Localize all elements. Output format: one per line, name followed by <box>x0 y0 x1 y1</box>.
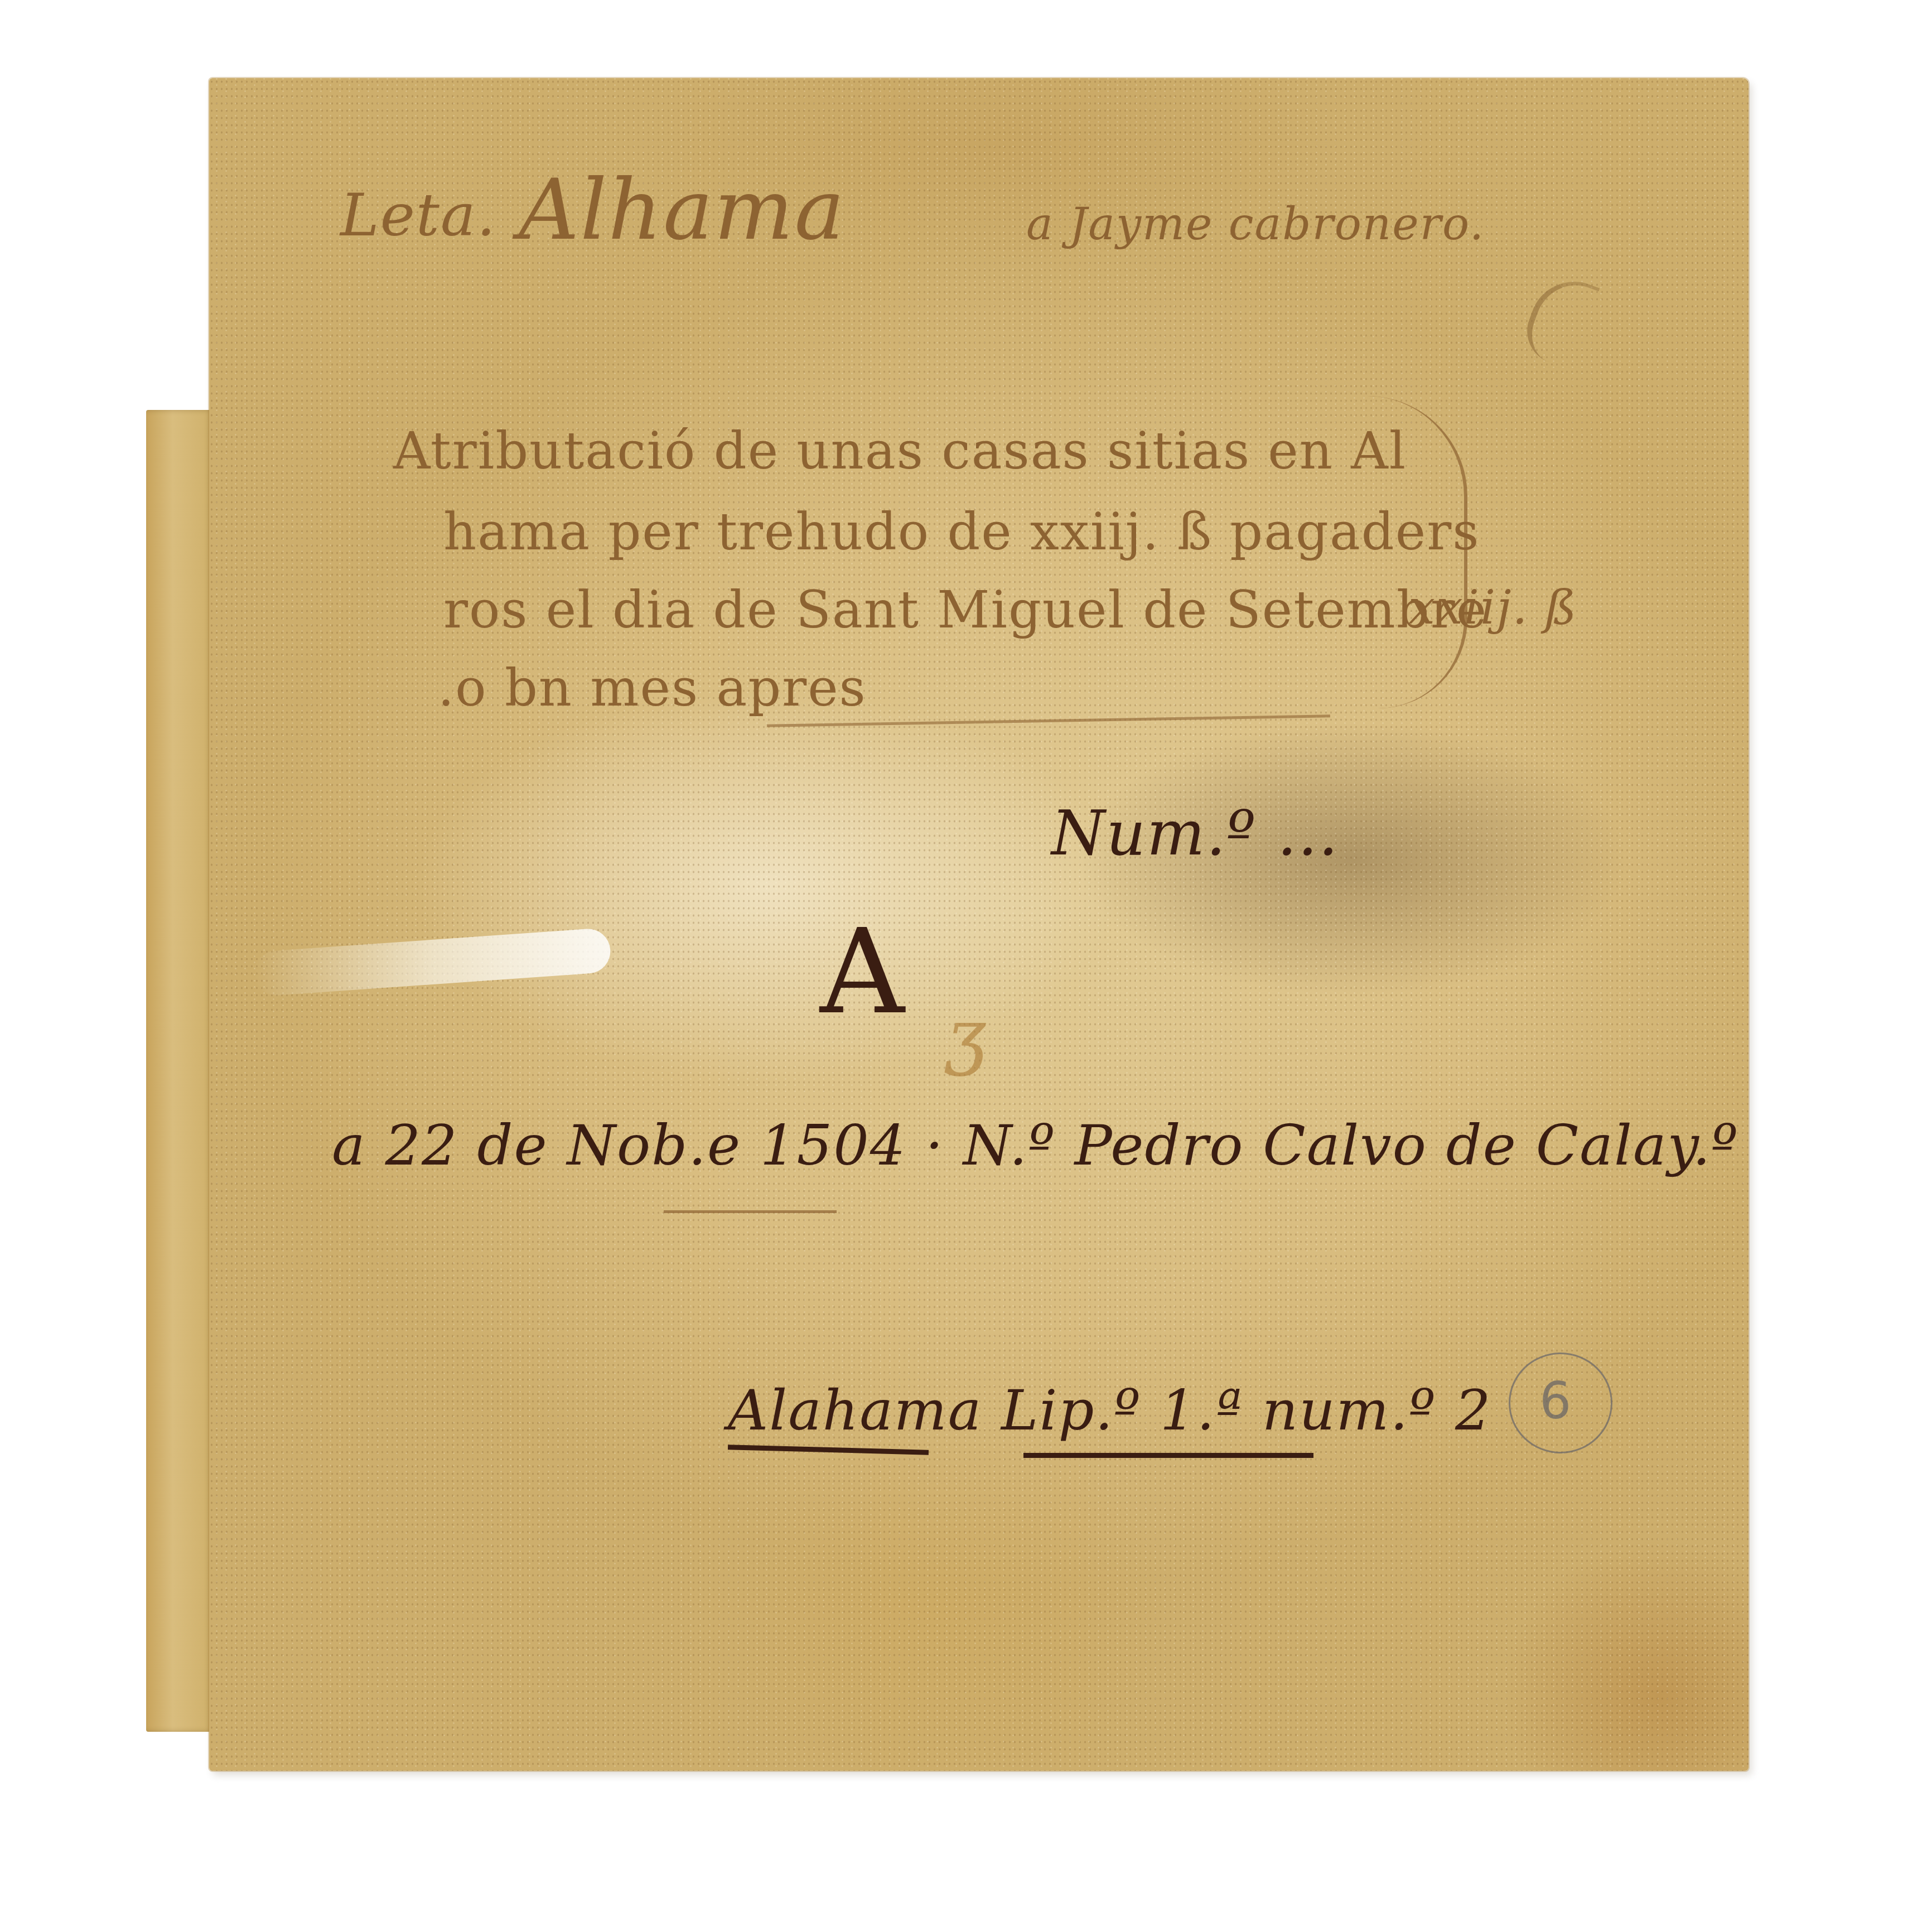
summary-line-4: .o bn mes apres <box>438 658 867 718</box>
abrasion-streak <box>253 928 612 997</box>
date-underline <box>664 1210 837 1213</box>
reference-lip: Lip.º 1.ª <box>1001 1378 1243 1443</box>
header-recipient: a Jayme cabronero. <box>1026 198 1485 250</box>
faint-mark: ʒ <box>945 993 987 1078</box>
summary-line-1: Atributació de unas casas sitias en Al <box>393 421 1407 481</box>
left-fold-flap <box>146 410 213 1732</box>
archive-reference: Alahama Lip.º 1.ª num.º 2 <box>728 1378 1492 1443</box>
summary-line-2: hama per trehudo de xxiij. ß pagaders <box>443 502 1480 562</box>
header-place: Alhama <box>519 162 846 259</box>
summary-amount: xxiij. ß <box>1408 580 1577 635</box>
reference-underline-2 <box>1023 1453 1313 1458</box>
pencil-number: 6 <box>1539 1372 1571 1431</box>
number-label: Num.º ... <box>1051 798 1339 869</box>
parchment-sheet: Leta. Alhama a Jayme cabronero. Atributa… <box>209 78 1749 1771</box>
reference-number: num.º 2 <box>1262 1378 1492 1443</box>
date-notary-line: a 22 de Nob.e 1504 · N.º Pedro Calvo de … <box>332 1113 1739 1178</box>
initial-letter: A <box>820 904 906 1040</box>
header-label: Leta. <box>340 181 496 249</box>
parchment-texture <box>209 78 1749 1771</box>
surface-crease <box>1518 269 1600 370</box>
reference-place: Alahama <box>728 1378 982 1443</box>
summary-line-3: ros el dia de Sant Miguel de Setembre <box>443 580 1487 640</box>
reference-underline-1 <box>728 1445 929 1455</box>
